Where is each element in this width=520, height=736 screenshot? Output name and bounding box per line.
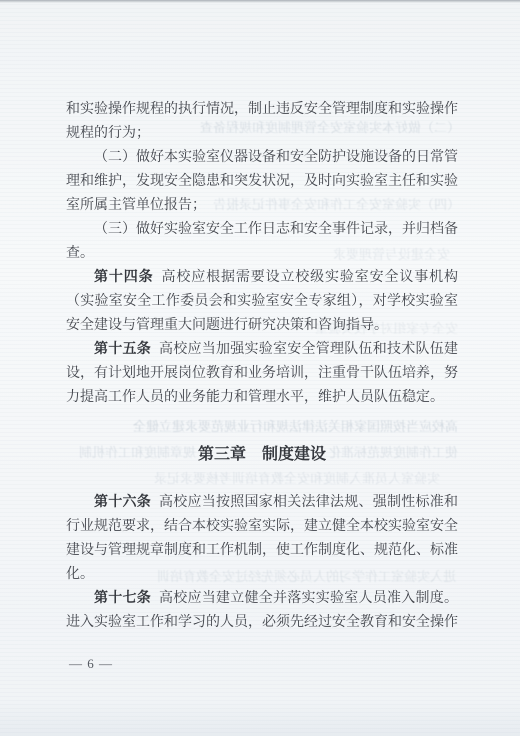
line-text: 高校应当建立健全并落实实验室人员准入制度。 (159, 591, 458, 606)
line-text: 行业规范要求，结合本校实验室实际，建立健全本校实验室安全 (66, 519, 458, 534)
body-line: 进入实验室工作和学习的人员，必须先经过安全教育和安全操作 (66, 611, 458, 635)
line-text: 和实验操作规程的执行情况，制止违反安全管理制度和实验操作 (66, 102, 458, 117)
article-number-label: 第十五条 (94, 342, 151, 357)
line-text: 高校应根据需要设立校级实验室安全议事机构 (161, 270, 458, 285)
body-line: 行业规范要求，结合本校实验室实际，建立健全本校实验室安全 (66, 515, 458, 539)
line-text: 室所属主管单位报告； (66, 198, 206, 213)
line-text: 查。 (66, 246, 94, 261)
page-number: — 6 — (69, 656, 113, 672)
article-number-label: 第十七条 (94, 591, 151, 606)
body-line: 理和维护，发现安全隐患和突发状况，及时向实验室主任和实验 (66, 170, 458, 194)
chapter-title: 制度建设 (262, 446, 326, 463)
line-text: 化。 (66, 567, 94, 582)
scan-top-edge-artifact (0, 0, 520, 3)
body-line: （实验室安全工作委员会和实验室安全专家组），对学校实验室 (66, 290, 458, 314)
body-line article-17: 第十七条高校应当建立健全并落实实验室人员准入制度。 (66, 587, 458, 611)
scanned-document-page: （二）做好本实验室安全管理制度和规程备查 （四）实验室安全工作和安全事件记录报告… (0, 0, 520, 736)
body-line: （三）做好实验室安全工作日志和安全事件记录，并归档备 (66, 218, 458, 242)
body-line: 建设与管理规章制度和工作机制，使工作制度化、规范化、标准 (66, 539, 458, 563)
line-text: 设，有计划地开展岗位教育和业务培训，注重骨干队伍培养，努 (66, 366, 458, 381)
body-line: 化。 (66, 563, 458, 587)
line-text: 高校应当按照国家相关法律法规、强制性标准和 (159, 495, 458, 510)
line-text: （二）做好本实验室仪器设备和安全防护设施设备的日常管 (94, 150, 458, 165)
body-line: 规程的行为； (66, 122, 458, 146)
line-text: 规程的行为； (66, 126, 150, 141)
body-line article-14: 第十四条高校应根据需要设立校级实验室安全议事机构 (66, 266, 458, 290)
body-line: 力提高工作人员的业务能力和管理水平，维护人员队伍稳定。 (66, 386, 458, 410)
line-text: 理和维护，发现安全隐患和突发状况，及时向实验室主任和实验 (66, 174, 458, 189)
body-line article-16: 第十六条高校应当按照国家相关法律法规、强制性标准和 (66, 491, 458, 515)
scan-bottom-shade (0, 700, 520, 736)
line-text: 安全建设与管理重大问题进行研究决策和咨询指导。 (66, 318, 388, 333)
body-line: （二）做好本实验室仪器设备和安全防护设施设备的日常管 (66, 146, 458, 170)
body-line: 和实验操作规程的执行情况，制止违反安全管理制度和实验操作 (66, 98, 458, 122)
line-text: 进入实验室工作和学习的人员，必须先经过安全教育和安全操作 (66, 615, 458, 630)
line-text: 高校应当加强实验室安全管理队伍和技术队伍建 (159, 342, 458, 357)
chapter-number: 第三章 (198, 446, 246, 463)
line-text: 建设与管理规章制度和工作机制，使工作制度化、规范化、标准 (66, 543, 458, 558)
body-line: 设，有计划地开展岗位教育和业务培训，注重骨干队伍培养，努 (66, 362, 458, 386)
line-text: （实验室安全工作委员会和实验室安全专家组），对学校实验室 (66, 294, 458, 309)
body-line article-15: 第十五条高校应当加强实验室安全管理队伍和技术队伍建 (66, 338, 458, 362)
article-number-label: 第十六条 (94, 495, 151, 510)
chapter-heading: 第三章制度建设 (66, 443, 458, 467)
body-line: 室所属主管单位报告； (66, 194, 458, 218)
article-number-label: 第十四条 (94, 270, 153, 285)
body-line: 查。 (66, 242, 458, 266)
document-body: 和实验操作规程的执行情况，制止违反安全管理制度和实验操作 规程的行为； （二）做… (66, 98, 458, 635)
line-text: 力提高工作人员的业务能力和管理水平，维护人员队伍稳定。 (66, 390, 444, 405)
line-text: （三）做好实验室安全工作日志和安全事件记录，并归档备 (94, 222, 458, 237)
body-line: 安全建设与管理重大问题进行研究决策和咨询指导。 (66, 314, 458, 338)
